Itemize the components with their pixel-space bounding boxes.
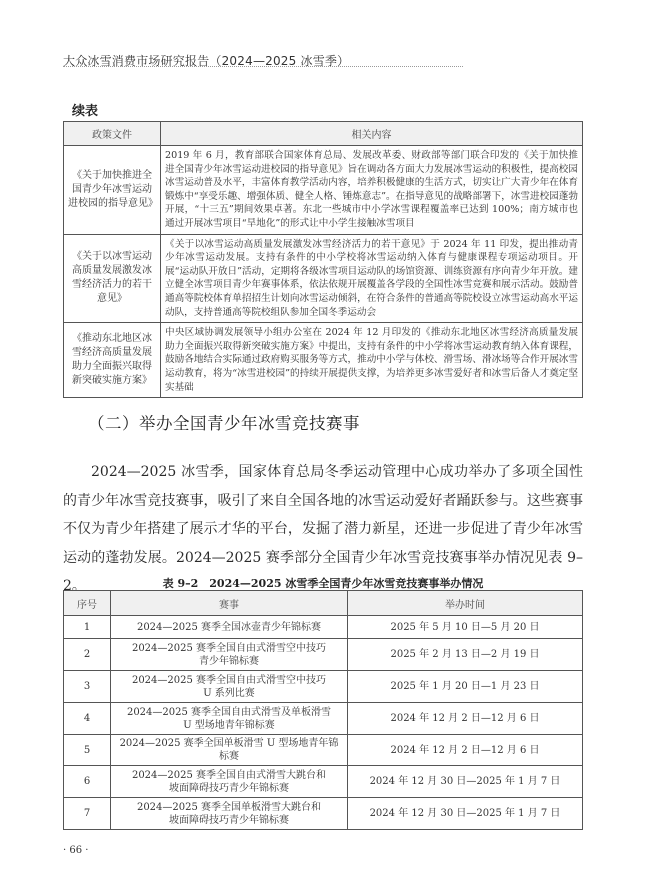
continued-table-label: 续表 <box>72 100 98 119</box>
event-name-line: 2024—2025 赛季全国单板滑雪大跳台和 <box>115 801 343 814</box>
event-name: 2024—2025 赛季全国自由式滑雪及单板滑雪U 型场地青年锦标赛 <box>111 703 348 735</box>
policy-table: 政策文件 相关内容 《关于加快推进全国青少年冰雪运动进校园的指导意见》 2019… <box>63 121 583 398</box>
policy-content: 《关于以冰雪运动高质量发展激发冰雪经济活力的若干意见》于 2024 年 11 印… <box>161 234 583 323</box>
table-row: 4 2024—2025 赛季全国自由式滑雪及单板滑雪U 型场地青年锦标赛 202… <box>64 703 583 735</box>
event-name: 2024—2025 赛季全国自由式滑雪空中技巧U 系列比赛 <box>111 671 348 703</box>
event-date: 2024 年 12 月 30 日—2025 年 1 月 7 日 <box>348 766 583 798</box>
event-number: 1 <box>64 616 111 639</box>
table-header-row: 序号 赛事 举办时间 <box>64 591 583 616</box>
event-name-line: 2024—2025 赛季全国自由式滑雪及单板滑雪 <box>115 706 343 719</box>
page-number: · 66 · <box>63 845 88 856</box>
table-row: 6 2024—2025 赛季全国自由式滑雪大跳台和坡面障碍技巧青少年锦标赛 20… <box>64 766 583 798</box>
event-name-line: U 型场地青年锦标赛 <box>115 719 343 732</box>
event-date: 2025 年 2 月 13 日—2 月 19 日 <box>348 639 583 671</box>
event-name-line: 坡面障碍技巧青少年锦标赛 <box>115 782 343 795</box>
table-row: 3 2024—2025 赛季全国自由式滑雪空中技巧U 系列比赛 2025 年 1… <box>64 671 583 703</box>
event-date: 2025 年 5 月 10 日—5 月 20 日 <box>348 616 583 639</box>
event-name-line: 2024—2025 赛季全国冰壶青少年锦标赛 <box>115 621 343 634</box>
column-header-date: 举办时间 <box>348 591 583 616</box>
table-caption: 表 9–2 2024—2025 冰雪季全国青少年冰雪竞技赛事举办情况 <box>63 575 583 591</box>
events-table: 序号 赛事 举办时间 1 2024—2025 赛季全国冰壶青少年锦标赛 2025… <box>63 590 583 830</box>
table-row: 7 2024—2025 赛季全国单板滑雪大跳台和坡面障碍技巧青少年锦标赛 202… <box>64 798 583 830</box>
header-divider <box>63 66 463 67</box>
table-header-row: 政策文件 相关内容 <box>64 122 583 146</box>
table-row: 《推动东北地区冰雪经济高质量发展助力全面振兴取得新突破实施方案》 中央区域协调发… <box>64 323 583 398</box>
event-number: 6 <box>64 766 111 798</box>
policy-document: 《关于加快推进全国青少年冰雪运动进校园的指导意见》 <box>64 146 161 235</box>
event-date: 2024 年 12 月 2 日—12 月 6 日 <box>348 703 583 735</box>
event-number: 7 <box>64 798 111 830</box>
event-name-line: 2024—2025 赛季全国自由式滑雪空中技巧 <box>115 642 343 655</box>
event-name-line: 坡面障碍技巧青少年锦标赛 <box>115 814 343 827</box>
event-number: 3 <box>64 671 111 703</box>
event-number: 5 <box>64 735 111 766</box>
event-name: 2024—2025 赛季全国单板滑雪大跳台和坡面障碍技巧青少年锦标赛 <box>111 798 348 830</box>
event-date: 2024 年 12 月 2 日—12 月 6 日 <box>348 735 583 766</box>
policy-content: 中央区域协调发展领导小组办公室在 2024 年 12 月印发的《推动东北地区冰雪… <box>161 323 583 398</box>
event-date: 2025 年 1 月 20 日—1 月 23 日 <box>348 671 583 703</box>
event-date: 2024 年 12 月 30 日—2025 年 1 月 7 日 <box>348 798 583 830</box>
table-row: 1 2024—2025 赛季全国冰壶青少年锦标赛 2025 年 5 月 10 日… <box>64 616 583 639</box>
column-header-event: 赛事 <box>111 591 348 616</box>
policy-content: 2019 年 6 月，教育部联合国家体育总局、发展改革委、财政部等部门联合印发的… <box>161 146 583 235</box>
policy-document: 《关于以冰雪运动高质量发展激发冰雪经济活力的若干意见》 <box>64 234 161 323</box>
column-header-document: 政策文件 <box>64 122 161 146</box>
table-row: 2 2024—2025 赛季全国自由式滑雪空中技巧青少年锦标赛 2025 年 2… <box>64 639 583 671</box>
column-header-content: 相关内容 <box>161 122 583 146</box>
event-name-line: 青少年锦标赛 <box>115 655 343 668</box>
section-heading: （二）举办全国青少年冰雪竞技赛事 <box>88 410 360 434</box>
event-name-line: 2024—2025 赛季全国自由式滑雪空中技巧 <box>115 674 343 687</box>
event-name: 2024—2025 赛季全国单板滑雪 U 型场地青年锦标赛 <box>111 735 348 766</box>
event-name-line: 2024—2025 赛季全国单板滑雪 U 型场地青年锦标赛 <box>115 737 343 763</box>
event-name-line: U 系列比赛 <box>115 687 343 700</box>
table-row: 《关于以冰雪运动高质量发展激发冰雪经济活力的若干意见》 《关于以冰雪运动高质量发… <box>64 234 583 323</box>
event-number: 4 <box>64 703 111 735</box>
policy-document: 《推动东北地区冰雪经济高质量发展助力全面振兴取得新突破实施方案》 <box>64 323 161 398</box>
column-header-number: 序号 <box>64 591 111 616</box>
event-name: 2024—2025 赛季全国自由式滑雪空中技巧青少年锦标赛 <box>111 639 348 671</box>
table-row: 5 2024—2025 赛季全国单板滑雪 U 型场地青年锦标赛 2024 年 1… <box>64 735 583 766</box>
table-row: 《关于加快推进全国青少年冰雪运动进校园的指导意见》 2019 年 6 月，教育部… <box>64 146 583 235</box>
event-name: 2024—2025 赛季全国自由式滑雪大跳台和坡面障碍技巧青少年锦标赛 <box>111 766 348 798</box>
event-name-line: 2024—2025 赛季全国自由式滑雪大跳台和 <box>115 769 343 782</box>
event-number: 2 <box>64 639 111 671</box>
event-name: 2024—2025 赛季全国冰壶青少年锦标赛 <box>111 616 348 639</box>
